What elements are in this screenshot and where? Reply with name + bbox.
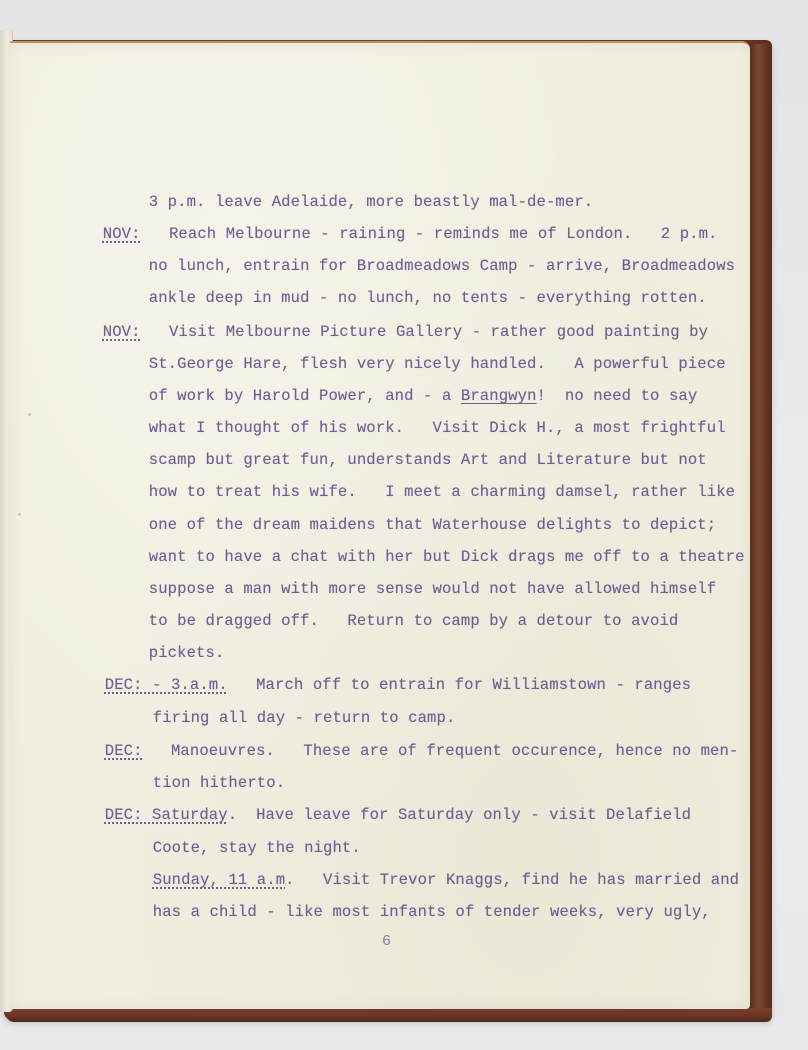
book-cover-bottom-edge <box>6 1008 772 1022</box>
paper-speck <box>156 488 159 491</box>
page-number: 6 <box>382 933 391 950</box>
book-cover-right-edge <box>750 44 772 1014</box>
diary-page: 3 p.m. leave Adelaide, more beastly mal-… <box>10 41 750 1009</box>
paper-speck <box>28 413 31 416</box>
paper-speck <box>18 513 21 516</box>
typed-text-block: 3 p.m. leave Adelaide, more beastly mal-… <box>10 43 750 1009</box>
line-text: to be dragged off. Return to camp by a d… <box>149 612 679 630</box>
line-text: has a child - like most infants of tende… <box>153 903 711 921</box>
diary-line: has a child - like most infants of tende… <box>96 885 711 939</box>
